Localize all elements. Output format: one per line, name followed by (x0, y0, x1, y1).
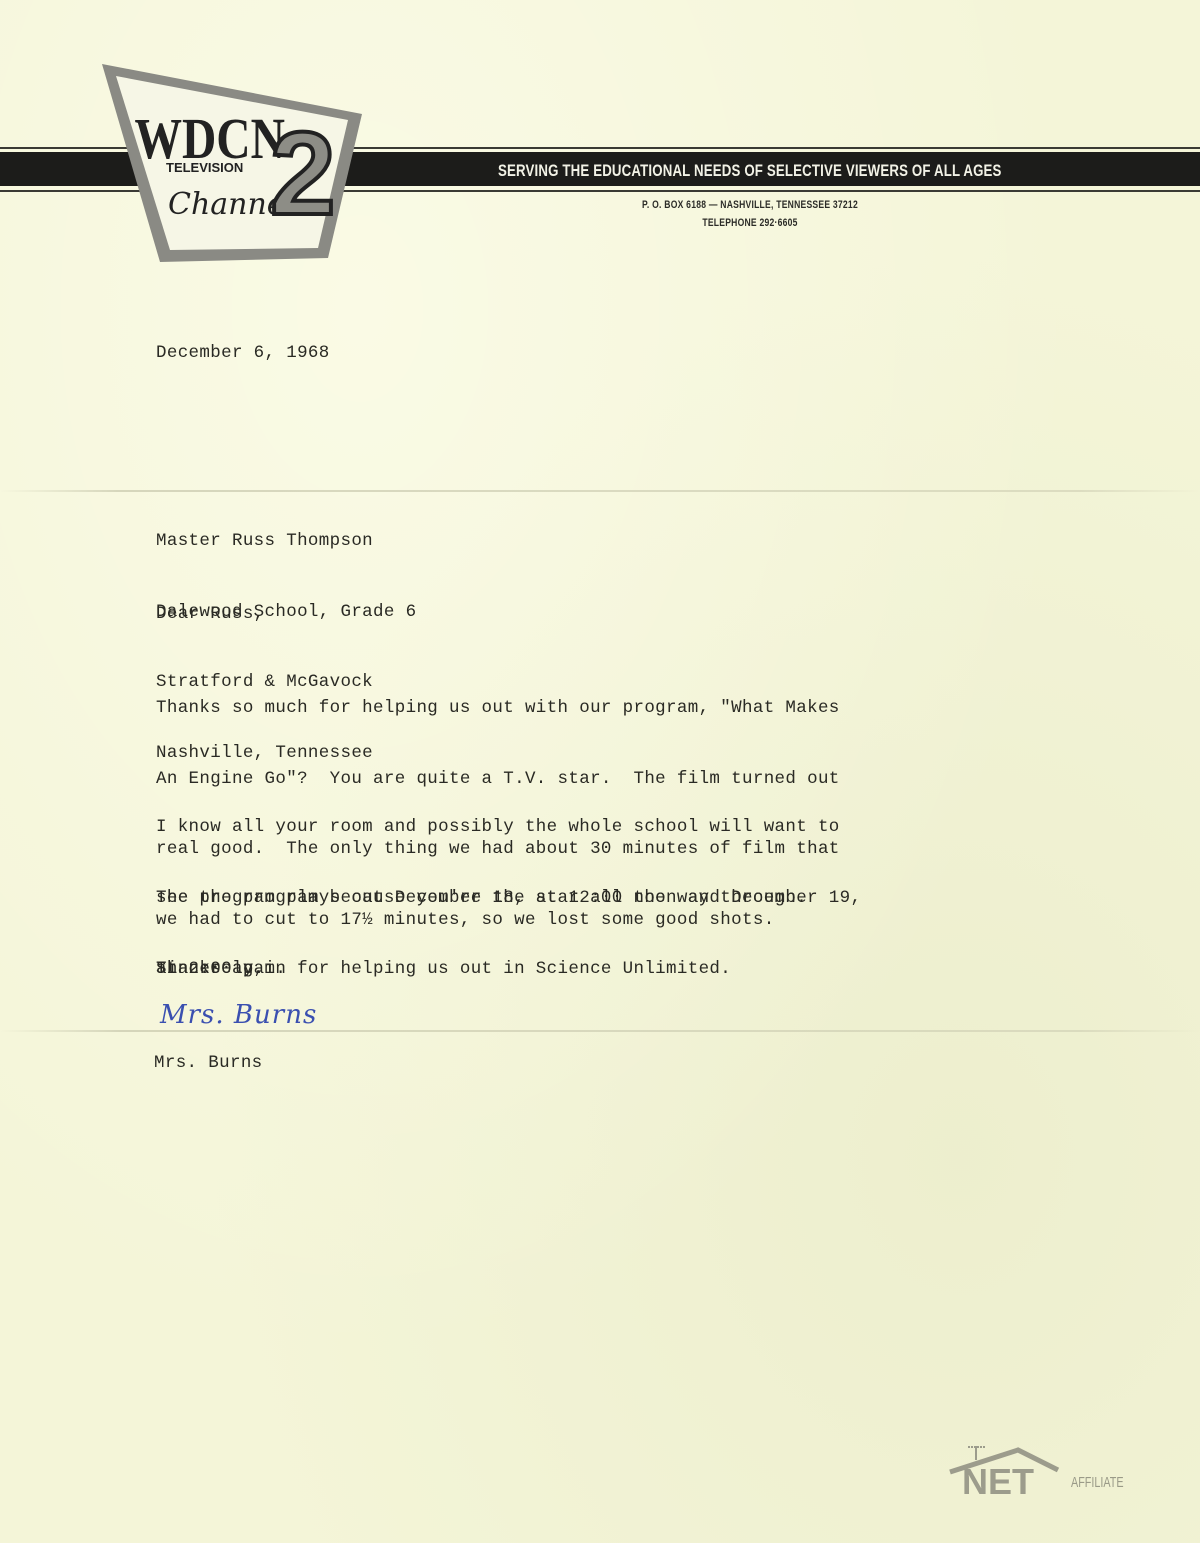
paper-fold-line (0, 1030, 1200, 1032)
station-tagline: SERVING THE EDUCATIONAL NEEDS OF SELECTI… (498, 158, 1002, 184)
paragraph-line: I know all your room and possibly the wh… (156, 816, 840, 840)
signer-name: Mrs. Burns (154, 1052, 263, 1076)
paragraph-line: The program plays out December 18, at 12… (156, 887, 861, 911)
station-type: TELEVISION (166, 160, 243, 175)
complimentary-close: Sincerely, (156, 958, 265, 982)
letter-date: December 6, 1968 (156, 342, 330, 366)
salutation: Dear Russ, (156, 603, 265, 627)
channel-number: 2 (270, 108, 336, 240)
handwritten-signature: Mrs. Burns (160, 1000, 317, 1030)
station-address: P. O. BOX 6188 — NASHVILLE, TENNESSEE 37… (602, 199, 898, 211)
paragraph-line: Thanks so much for helping us out with o… (156, 697, 840, 721)
recipient-line: Master Russ Thompson (156, 530, 416, 554)
net-affiliate-label: AFFILIATE (1071, 1474, 1124, 1491)
net-logo-text: NET (962, 1461, 1034, 1498)
wdcn-channel-2-logo: WDCN TELEVISION Channel 2 (100, 62, 364, 264)
station-telephone: TELEPHONE 292·6605 (602, 217, 898, 229)
